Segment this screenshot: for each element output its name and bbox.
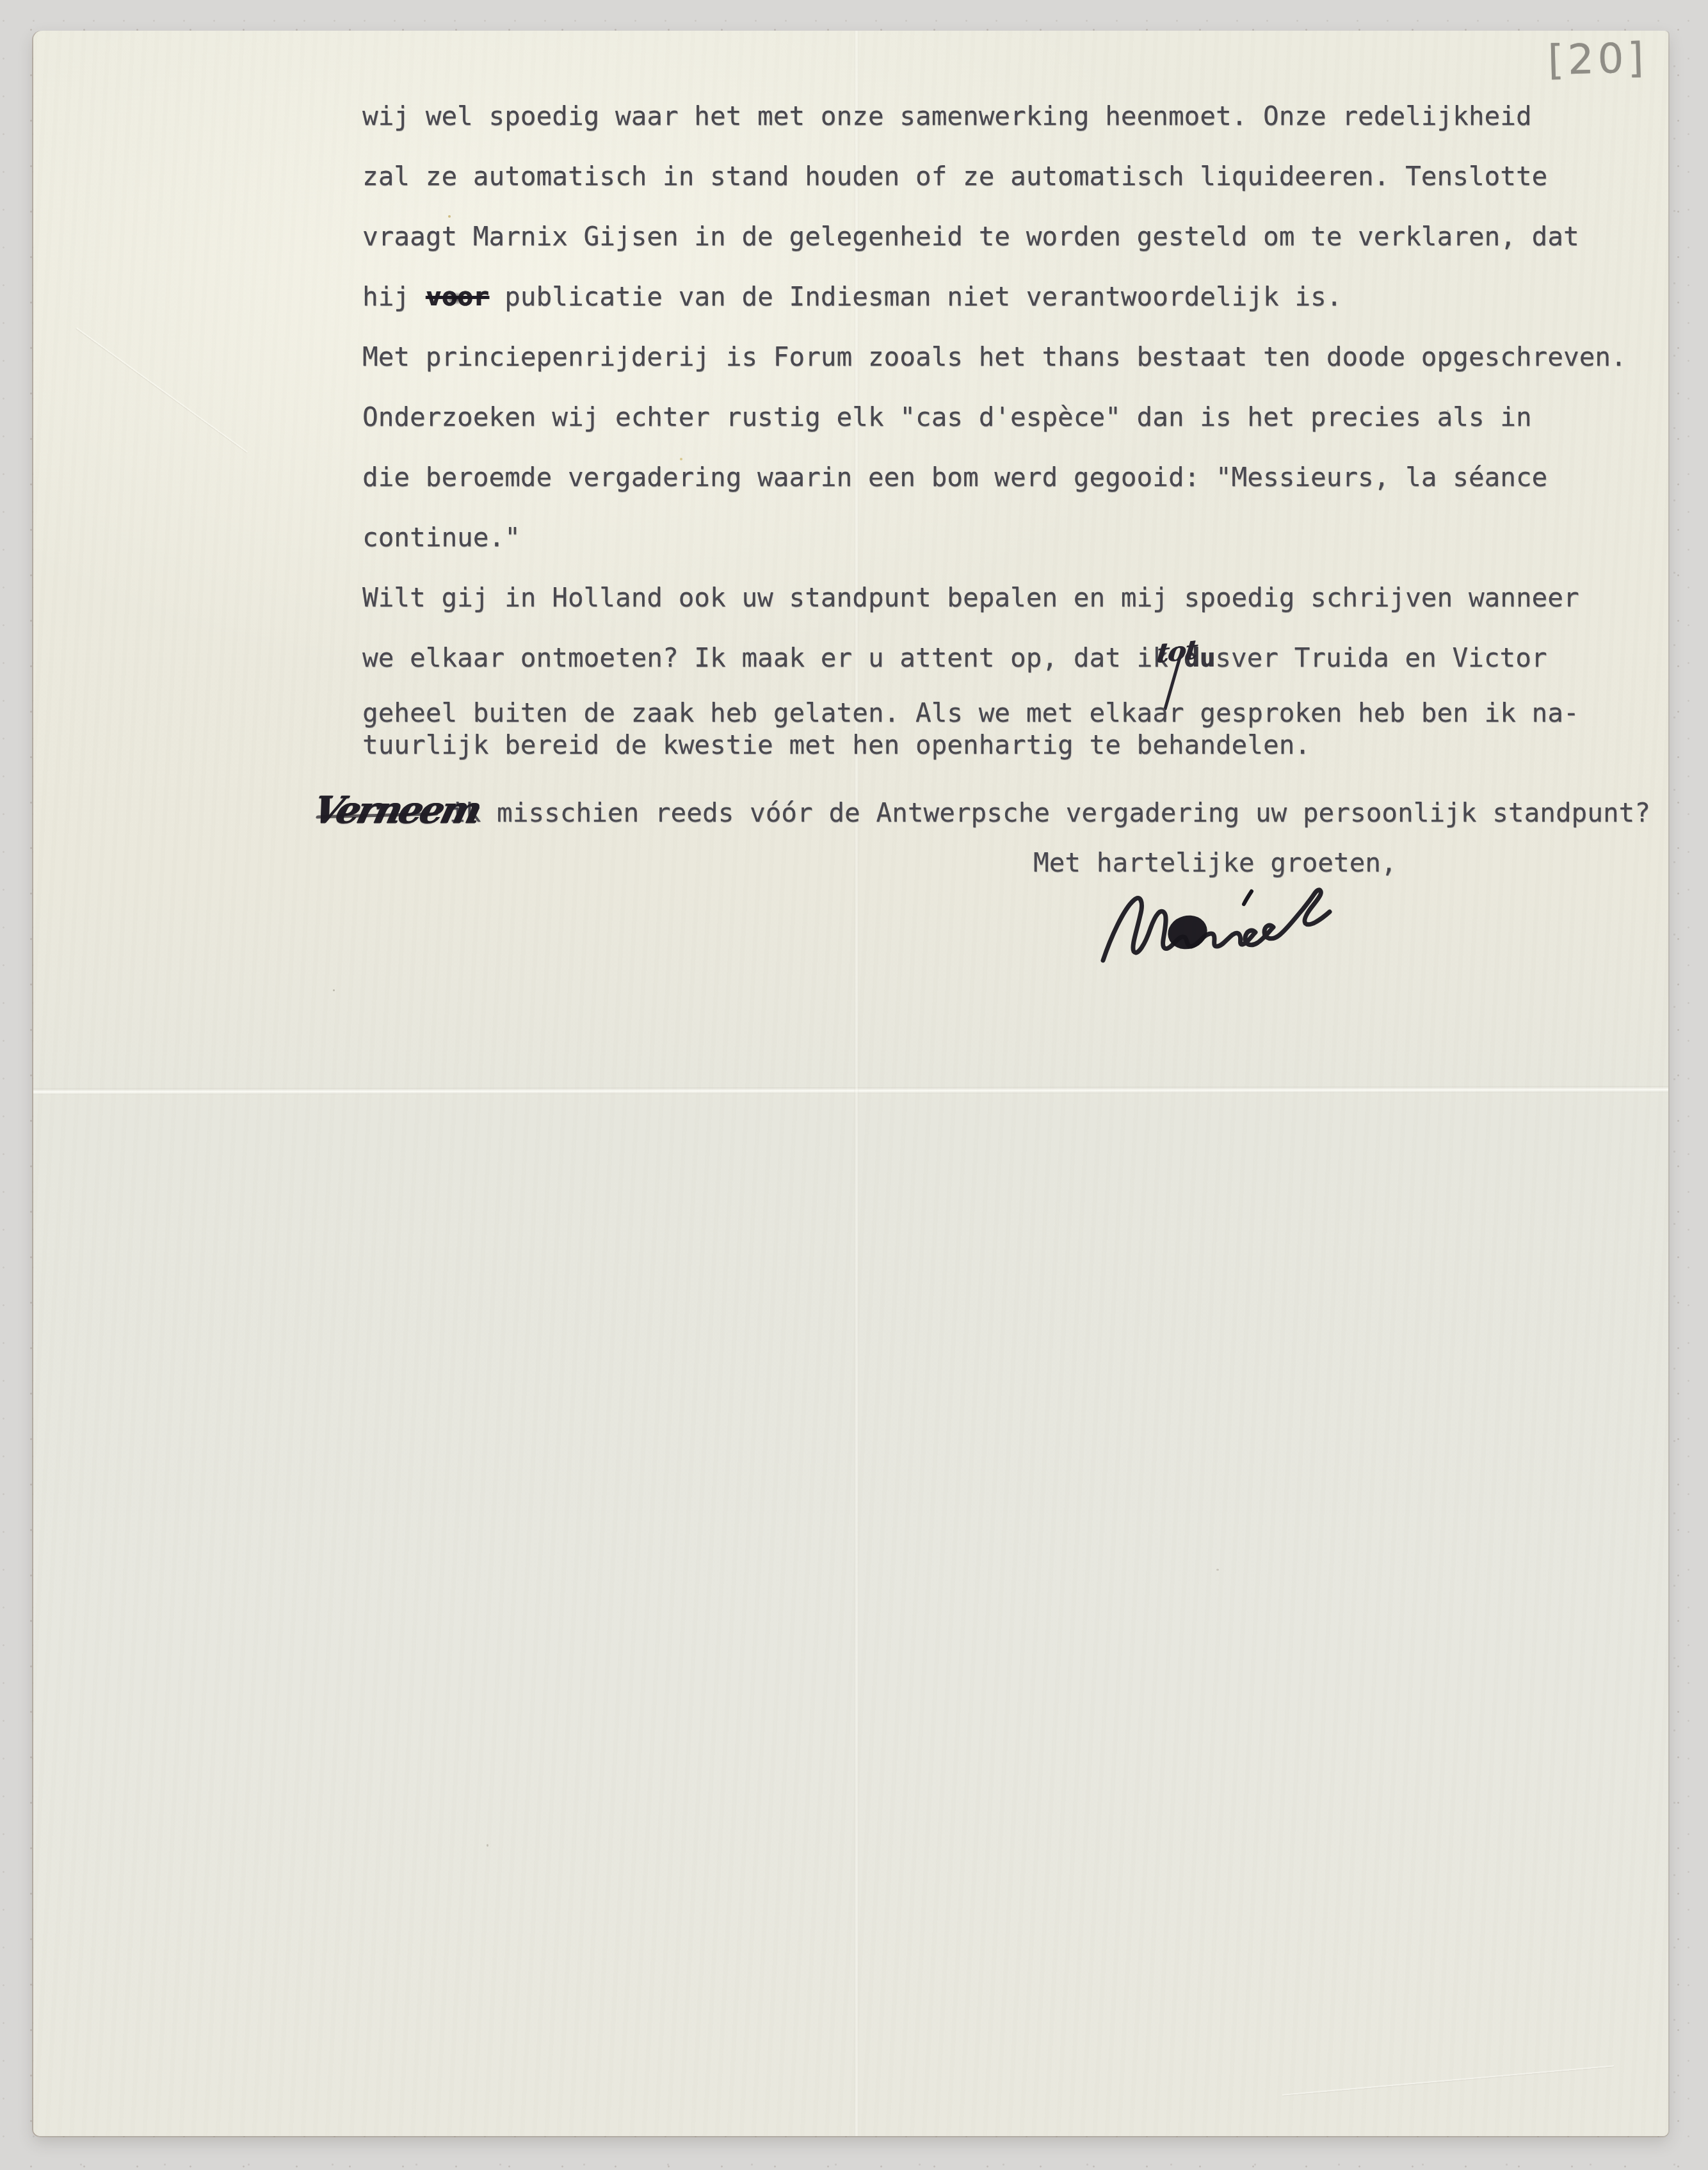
letter-content: [20] wij wel spoedig waar het met onze s… — [0, 0, 1708, 2170]
typed-line: hij voor publicatie van de Indiesman nie… — [362, 281, 1342, 312]
dust-speck — [487, 1844, 488, 1847]
dust-speck — [333, 989, 335, 991]
dust-speck — [680, 458, 682, 460]
typed-line: tuurlijk bereid de kwestie met hen openh… — [362, 729, 1310, 761]
signature: Maurice — [1092, 876, 1367, 977]
typed-text: we elkaar ontmoeten? Ik maak er u attent… — [362, 642, 1168, 673]
dust-speck — [1216, 1569, 1219, 1571]
typed-text: geheel buiten de zaak heb gelaten. Als w… — [362, 697, 1579, 728]
handwritten-insertion: tot — [1155, 634, 1198, 670]
typed-line: geheel buiten de zaak heb gelaten. Als w… — [362, 697, 1579, 729]
typed-line: continue." — [362, 522, 520, 553]
closing-line: Met hartelijke groeten, — [1033, 847, 1397, 878]
typed-text: continue." — [362, 522, 520, 553]
typed-line: Onderzoeken wij echter rustig elk "cas d… — [362, 401, 1532, 433]
typed-text: publicatie van de Indiesman niet verantw… — [489, 281, 1342, 312]
typed-line: wij wel spoedig waar het met onze samenw… — [362, 101, 1532, 132]
page-number-annotation: [20] — [1547, 35, 1648, 85]
signature-i-dot — [1244, 891, 1252, 904]
typed-text: wij wel spoedig waar het met onze samenw… — [362, 101, 1532, 131]
typed-text: Met princiepenrijderij is Forum zooals h… — [362, 341, 1627, 372]
struck-word: voor — [426, 281, 489, 312]
typed-text: tuurlijk bereid de kwestie met hen openh… — [362, 729, 1310, 760]
typed-line: Wilt gij in Holland ook uw standpunt bep… — [362, 582, 1579, 613]
signature-name: Maurice — [0, 0, 1, 1]
signature-stroke — [1103, 890, 1330, 960]
typed-text: die beroemde vergadering waarin een bom … — [362, 462, 1547, 492]
typed-text: ik misschien reeds vóór de Antwerpsche v… — [449, 797, 1650, 828]
dust-speck — [1447, 410, 1449, 412]
typed-line: Met princiepenrijderij is Forum zooals h… — [362, 341, 1627, 373]
typed-line: we elkaar ontmoeten? Ik maak er u attent… — [362, 642, 1547, 674]
typed-line: Verneemik misschien reeds vóór de Antwer… — [314, 787, 1650, 832]
typed-text: Wilt gij in Holland ook uw standpunt bep… — [362, 582, 1579, 613]
dust-speck — [448, 215, 451, 218]
typed-text: zal ze automatisch in stand houden of ze… — [362, 161, 1547, 191]
typed-text: Onderzoeken wij echter rustig elk "cas d… — [362, 401, 1532, 432]
scanned-letter-page: { "annotations": { "page_number": "[20]"… — [0, 0, 1708, 2170]
typed-line: zal ze automatisch in stand houden of ze… — [362, 161, 1547, 192]
handwritten-word: Verneem — [308, 788, 455, 833]
typed-text: hij — [362, 281, 426, 312]
typed-line: die beroemde vergadering waarin een bom … — [362, 462, 1547, 493]
typed-text: vraagt Marnix Gijsen in de gelegenheid t… — [362, 221, 1579, 252]
typed-line: vraagt Marnix Gijsen in de gelegenheid t… — [362, 221, 1579, 252]
typed-text: sver Truida en Victor — [1215, 642, 1547, 673]
